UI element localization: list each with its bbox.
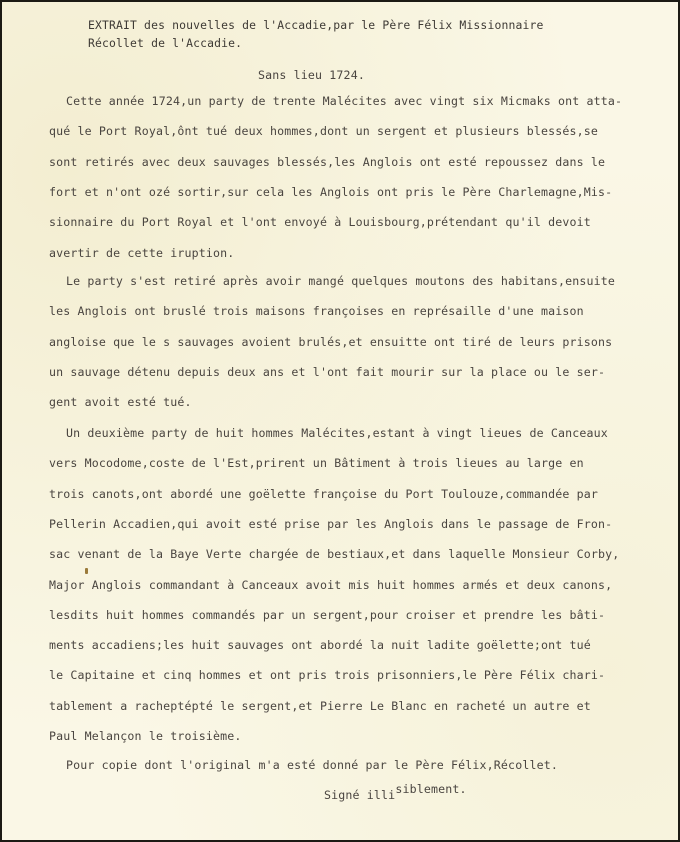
p3-line: trois canots,ont abordé une goëlette fra… <box>49 487 598 501</box>
closing-line: Pour copie dont l'original m'a esté donn… <box>66 758 558 772</box>
p2-line: un sauvage détenu depuis deux ans et l'o… <box>49 365 605 379</box>
p3-line: lesdits huit hommes commandés par un ser… <box>49 608 605 622</box>
p1-line: fort et n'ont ozé sortir,sur cela les An… <box>49 185 612 199</box>
p2-line: Le party s'est retiré après avoir mangé … <box>66 274 615 288</box>
p2-line: angloise que le s sauvages avoient brulé… <box>49 335 612 349</box>
ink-fleck <box>85 568 88 574</box>
header-line-1: EXTRAIT des nouvelles de l'Accadie,par l… <box>88 18 544 32</box>
p3-line: Pellerin Accadien,qui avoit esté prise p… <box>49 517 612 531</box>
p3-line: ments accadiens;les huit sauvages ont ab… <box>49 638 591 652</box>
p1-line: Cette année 1724,un party de trente Malé… <box>66 94 622 108</box>
p1-line: avertir de cette iruption. <box>49 246 234 260</box>
header-line-2: Récollet de l'Accadie. <box>88 36 242 50</box>
place-date: Sans lieu 1724. <box>258 68 365 82</box>
p3-line: Un deuxième party de huit hommes Malécit… <box>66 426 608 440</box>
p3-line: sac venant de la Baye Verte chargée de b… <box>49 547 619 561</box>
p3-line: tablement a racheptépté le sergent,et Pi… <box>49 699 591 713</box>
p1-line: qué le Port Royal,ônt tué deux hommes,do… <box>49 124 598 138</box>
signature-main: Signé illi <box>324 788 395 802</box>
p3-line: Paul Melançon le troisième. <box>49 729 242 743</box>
p3-line: le Capitaine et cinq hommes et ont pris … <box>49 668 605 682</box>
signature-superscript: siblement. <box>395 782 466 796</box>
p3-line: vers Mocodome,coste de l'Est,prirent un … <box>49 456 584 470</box>
p2-line: gent avoit esté tué. <box>49 395 192 409</box>
p3-line: Major Anglois commandant à Canceaux avoi… <box>49 578 612 592</box>
signature: Signé illisiblement. <box>324 788 467 802</box>
p1-line: sionnaire du Port Royal et l'ont envoyé … <box>49 215 591 229</box>
document-page: EXTRAIT des nouvelles de l'Accadie,par l… <box>2 2 678 840</box>
p1-line: sont retirés avec deux sauvages blessés,… <box>49 155 605 169</box>
p2-line: les Anglois ont bruslé trois maisons fra… <box>49 304 584 318</box>
